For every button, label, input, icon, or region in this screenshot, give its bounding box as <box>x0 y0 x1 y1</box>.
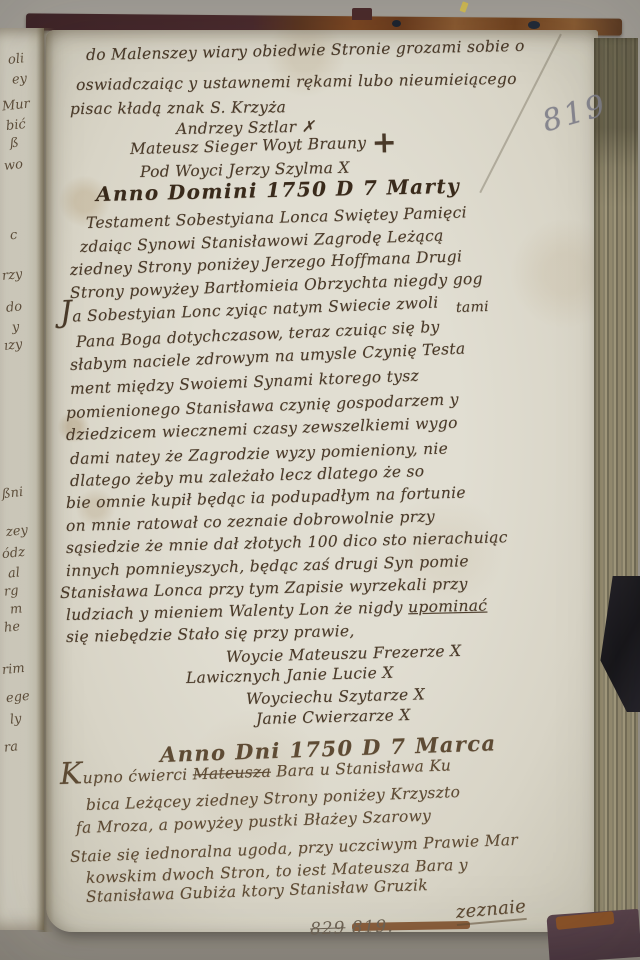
signature-text: Mateusz Sieger Woyt Brauny <box>130 134 367 158</box>
binding-tab <box>352 8 372 20</box>
manuscript-line: oswiadczaiąc y ustawnemi rękami lubo nie… <box>76 70 517 94</box>
facing-page-text-fragment: he <box>3 619 21 636</box>
facing-page-text-fragment: bić <box>5 117 26 134</box>
manuscript-text: do Malenszey wiary obiedwie Stronie groz… <box>60 36 605 936</box>
binding-dark-spot <box>528 21 540 29</box>
crossed-out-word: Mateusza <box>192 763 271 784</box>
manuscript-line: pisac kładą znak S. Krzyża <box>70 98 286 118</box>
witness-line: Woycie Mateuszu Frezerze X <box>226 642 462 666</box>
manuscript-line-text: Kupno ćwierci <box>60 765 193 788</box>
debris-fleck <box>459 1 468 12</box>
witness-line: Woyciechu Szytarze X <box>246 685 425 708</box>
facing-page-text-fragment: Mur <box>1 97 30 115</box>
facing-page-text-fragment: y <box>11 320 20 336</box>
manuscript-line: się niebędzie Stało się przy prawie, <box>66 622 355 646</box>
inserted-word: tami <box>456 299 489 316</box>
facing-page-text-fragment: ra <box>3 739 18 755</box>
underlined-word: upominać <box>408 596 488 616</box>
facing-page-text-fragment: rzy <box>1 267 23 284</box>
facing-page-text-fragment: ege <box>5 689 30 706</box>
manuscript-line-text: ludziach y mieniem Walenty Lon że nigdy <box>66 598 409 624</box>
facing-page-text-fragment: rg <box>3 583 19 599</box>
facing-page-text-fragment: m <box>9 601 23 617</box>
facing-page-text-fragment: ey <box>11 71 28 87</box>
current-page-number: 819. <box>352 917 395 938</box>
book-gutter-fold <box>36 28 54 932</box>
facing-page-text-fragment: wo <box>3 157 23 174</box>
facing-page-text-fragment: do <box>5 299 23 316</box>
facing-page-text-fragment: oli <box>7 51 25 68</box>
witness-line: Lawicznych Janie Lucie X <box>186 664 394 687</box>
crossed-out-page-number: 829 <box>310 918 346 939</box>
footer-page-numbers: 829 819. <box>310 917 394 940</box>
facing-page-text-fragment: al <box>7 565 20 581</box>
facing-page-text-fragment: ódz <box>1 545 25 562</box>
witness-line: Janie Cwierzarze X <box>256 706 411 728</box>
facing-page-text-fragment: rim <box>1 661 25 678</box>
manuscript-line: do Malenszey wiary obiedwie Stronie groz… <box>86 37 525 64</box>
signature-cross-mark: + <box>371 138 397 149</box>
binding-dark-spot <box>392 20 401 27</box>
signature-flourish: zeznaie <box>455 896 527 926</box>
facing-page-text-fragment: zey <box>5 523 28 540</box>
manuscript-line: ludziach y mieniem Walenty Lon że nigdy … <box>66 596 488 624</box>
signature-line: Mateusz Sieger Woyt Brauny + <box>130 133 397 158</box>
facing-page-text-fragment: ßni <box>1 485 24 502</box>
facing-page-text-fragment: c <box>9 228 18 244</box>
photo-of-manuscript-book: oli ey Mur bić ß wo c rzy do y ızy ßni z… <box>0 0 640 960</box>
facing-page-text-fragment: ly <box>9 711 22 727</box>
facing-page-text-fragment: ß <box>9 136 19 152</box>
facing-page-text-fragment: ızy <box>3 337 23 354</box>
